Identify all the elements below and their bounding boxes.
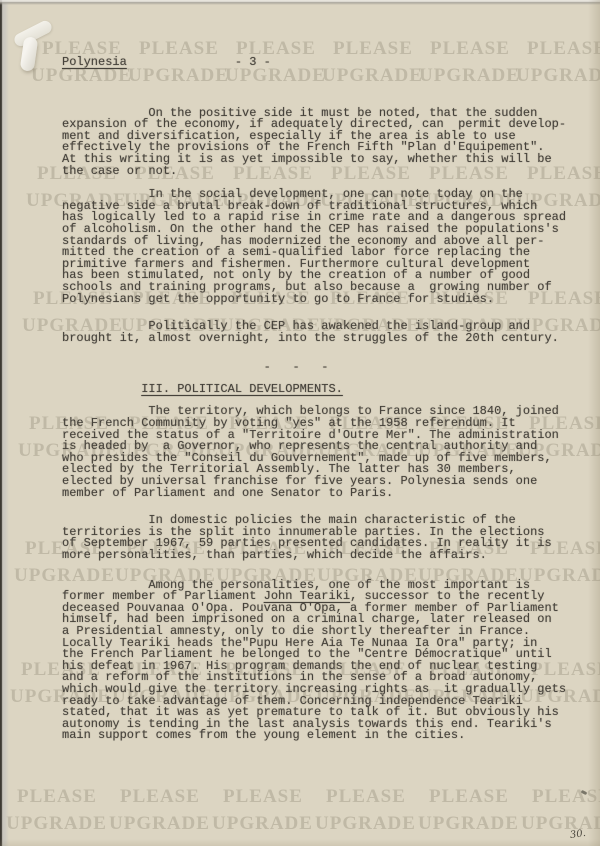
- paragraph: In domestic policies the main characteri…: [62, 515, 600, 561]
- scan-edge-right: [588, 0, 600, 846]
- handwritten-page-number: 30.: [569, 828, 586, 841]
- scan-edge-bottom: [0, 839, 600, 846]
- paragraph: In the social development, one can note …: [62, 189, 600, 305]
- separator: - - -: [62, 362, 600, 374]
- scanned-document-page: PLEASEUPGRADEPLEASEUPGRADEPLEASEUPGRADEP…: [0, 0, 600, 846]
- scan-edge-top: [0, 0, 600, 5]
- section-heading: III. POLITICAL DEVELOPMENTS.: [62, 384, 600, 396]
- paragraph: Among the personalities, one of the most…: [62, 580, 600, 742]
- paragraph: On the positive side it must be noted, t…: [62, 108, 600, 178]
- paragraph: The territory, which belongs to France s…: [62, 406, 600, 499]
- page-header: Polynesia - 3 -: [62, 57, 600, 69]
- scan-edge-left: [0, 0, 9, 846]
- document-text: Polynesia - 3 - On the positive side it …: [0, 0, 600, 846]
- paragraph: Politically the CEP has awakened the isl…: [62, 321, 600, 344]
